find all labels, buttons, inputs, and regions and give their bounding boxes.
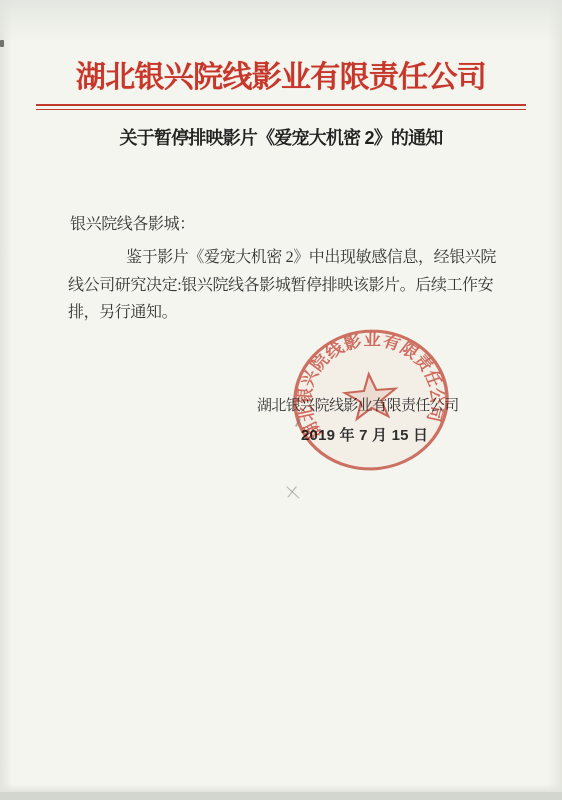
ink-smudge [285, 485, 301, 499]
notice-body: 鉴于影片《爱宠大机密 2》中出现敏感信息，经银兴院 线公司研究决定:银兴院线各影… [68, 244, 513, 327]
scan-speck [0, 40, 4, 47]
signature-date: 2019 年 7 月 15 日 [301, 424, 428, 445]
body-line: 排，另行通知。 [68, 299, 513, 327]
signature-company: 湖北银兴院线影业有限责任公司 [257, 394, 459, 415]
salutation: 银兴院线各影城： [70, 211, 195, 234]
notice-title: 关于暂停排映影片《爱宠大机密 2》的通知 [0, 124, 562, 150]
body-line: 鉴于影片《爱宠大机密 2》中出现敏感信息，经银兴院 [68, 244, 513, 272]
header-divider [36, 104, 526, 110]
body-line: 线公司研究决定:银兴院线各影城暂停排映该影片。后续工作安 [68, 272, 513, 300]
company-header-title: 湖北银兴院线影业有限责任公司 [0, 52, 562, 96]
document-page: 湖北银兴院线影业有限责任公司 关于暂停排映影片《爱宠大机密 2》的通知 银兴院线… [0, 0, 562, 800]
